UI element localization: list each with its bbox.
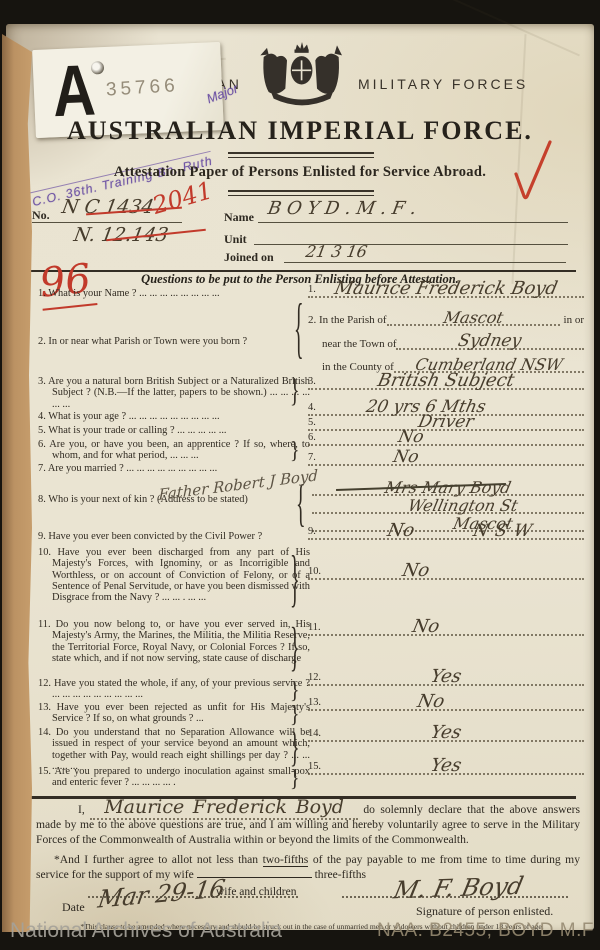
signature-value: M. F. Boyd bbox=[391, 872, 526, 905]
cardboard-backing-strip bbox=[2, 34, 32, 932]
answer-11-value: No bbox=[266, 616, 586, 637]
answer-row-15: 15. Yes bbox=[308, 745, 584, 775]
no-underline bbox=[32, 222, 182, 223]
joined-underline bbox=[284, 262, 566, 263]
unit-underline bbox=[254, 244, 568, 245]
name-label: Name bbox=[224, 210, 254, 225]
answer-row-2-parish: 2. In the Parish of Mascot in or bbox=[308, 310, 584, 326]
paper-crease bbox=[442, 0, 580, 56]
answer-row-7: 7. No bbox=[308, 438, 584, 466]
allotment-pre: *And I further agree to allot not less t… bbox=[36, 853, 263, 866]
control-number-stamp: 35766 bbox=[105, 75, 179, 101]
declaration-pre: I, bbox=[36, 803, 85, 816]
pin-hole bbox=[91, 61, 105, 75]
answer-row-9: 9. No NSW bbox=[308, 510, 584, 540]
name-underline bbox=[258, 222, 568, 223]
answer-row-10: 10. No bbox=[308, 550, 584, 580]
question-2: 2. In or near what Parish or Town were y… bbox=[38, 336, 310, 347]
in-or-label: in or bbox=[560, 314, 584, 326]
allotment-fraction: two-fifths bbox=[263, 853, 309, 867]
answer-row-1: 1. Maurice Frederick Boyd bbox=[308, 270, 584, 298]
town-label: near the Town of bbox=[322, 338, 396, 350]
brace-q15: } bbox=[290, 766, 300, 794]
parish-label: 2. In the Parish of bbox=[308, 314, 387, 326]
answer-row-13: 13. No bbox=[308, 681, 584, 711]
answer-row-2-town: near the Town of Sydney bbox=[322, 334, 584, 350]
unit-label: Unit bbox=[224, 232, 247, 247]
answer-7-value: No bbox=[226, 447, 586, 467]
date-dotline bbox=[88, 896, 298, 898]
double-rule bbox=[228, 190, 374, 196]
joined-on-value: 21 3 16 bbox=[304, 242, 368, 261]
declaration-paragraph: I, Maurice Frederick Boyd do solemnly de… bbox=[36, 802, 580, 847]
service-number-value: N C 1434 bbox=[60, 196, 155, 218]
name-value: B O Y D . M . F . bbox=[266, 198, 418, 219]
scanned-document-page: AUSTRALIAN MILITARY FORCES A 35766 Major bbox=[0, 0, 600, 950]
answer-1-value: Maurice Frederick Boyd bbox=[306, 278, 586, 299]
answer-row-11: 11. No bbox=[308, 606, 584, 636]
town-dotline: Sydney bbox=[396, 334, 584, 350]
signature-caption: Signature of person enlisted. bbox=[416, 904, 553, 919]
red-checkmark-icon bbox=[504, 136, 556, 204]
no-label: No. bbox=[32, 208, 50, 223]
answer-row-14: 14. Yes bbox=[308, 712, 584, 742]
masthead-military-forces: MILITARY FORCES bbox=[358, 76, 528, 92]
town-value: Sydney bbox=[394, 331, 586, 351]
archive-reference: NAA: B2455, BOYD M.F bbox=[377, 920, 594, 942]
brace-q2: { bbox=[294, 292, 304, 370]
parish-value: Mascot bbox=[384, 308, 561, 327]
joined-on-label: Joined on bbox=[224, 250, 274, 265]
declaration-name-handwritten: Maurice Frederick Boyd bbox=[90, 796, 358, 820]
question-15: 15. Are you prepared to undergo inoculat… bbox=[38, 766, 310, 789]
question-13: 13. Have you ever been rejected as unfit… bbox=[38, 702, 310, 725]
question-12: 12. Have you stated the whole, if any, o… bbox=[38, 678, 310, 701]
red-revised-service-number: 2041 bbox=[149, 176, 215, 220]
answer-10-value: No bbox=[246, 560, 586, 581]
royal-coat-of-arms-icon bbox=[252, 38, 352, 116]
answer-row-3: 3. British Subject bbox=[308, 354, 584, 390]
brace-q10: } bbox=[290, 545, 300, 619]
double-rule bbox=[228, 152, 374, 158]
archive-watermark: National Archives of Australia bbox=[10, 919, 282, 943]
answer-13-value: No bbox=[276, 691, 586, 712]
attestation-paper: AUSTRALIAN MILITARY FORCES A 35766 Major bbox=[6, 24, 594, 930]
parish-dotline: Mascot bbox=[387, 310, 560, 326]
next-of-kin-state: NSW bbox=[426, 521, 586, 541]
answer-15-value: Yes bbox=[306, 755, 586, 776]
question-1: 1. What is your Name ? ... ... ... ... .… bbox=[38, 288, 310, 299]
date-label: Date bbox=[62, 900, 85, 915]
answer-14-value: Yes bbox=[306, 722, 586, 743]
allotment-alt-fraction: three-fifths bbox=[315, 868, 367, 881]
